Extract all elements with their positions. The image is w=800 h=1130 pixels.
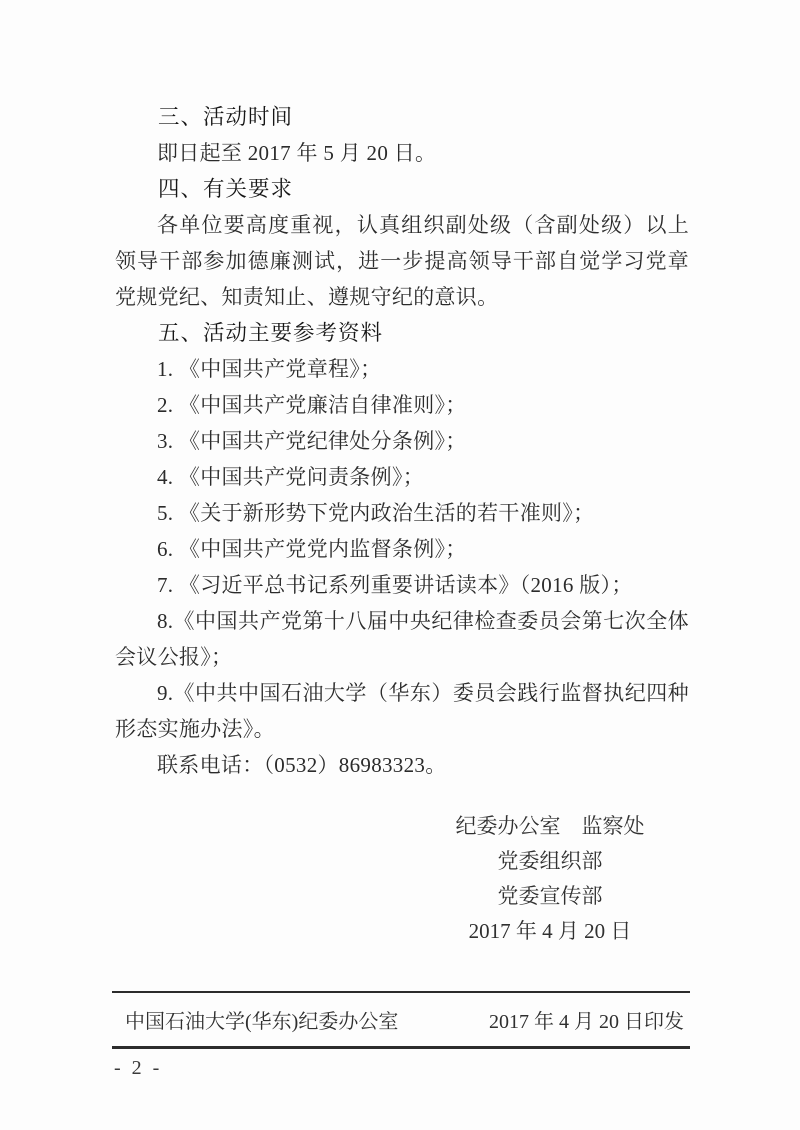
footer-issuer: 中国石油大学(华东)纪委办公室 <box>125 1004 398 1040</box>
reference-item-3: 3. 《中国共产党纪律处分条例》； <box>115 423 689 459</box>
reference-item-6: 6. 《中国共产党党内监督条例》； <box>115 531 689 567</box>
footer-rule-top <box>112 991 690 993</box>
document-body: 三、活动时间 即日起至 2017 年 5 月 20 日。 四、有关要求 各单位要… <box>115 99 689 783</box>
section-3-body: 即日起至 2017 年 5 月 20 日。 <box>115 135 689 171</box>
signature-date: 2017 年 4 月 20 日 <box>400 914 700 949</box>
reference-item-9: 9.《中共中国石油大学（华东）委员会践行监督执纪四种形态实施办法》。 <box>115 675 689 747</box>
contact-phone: 联系电话：（0532）86983323。 <box>115 747 689 783</box>
signature-line-organization-dept: 党委组织部 <box>400 844 700 879</box>
footer-print-date: 2017 年 4 月 20 日印发 <box>489 1004 684 1040</box>
signature-block: 纪委办公室 监察处 党委组织部 党委宣传部 2017 年 4 月 20 日 <box>400 809 700 949</box>
reference-item-8: 8.《中国共产党第十八届中央纪律检查委员会第七次全体会议公报》； <box>115 603 689 675</box>
section-3-heading: 三、活动时间 <box>115 99 689 135</box>
section-4-heading: 四、有关要求 <box>115 171 689 207</box>
footer-rule-bottom <box>112 1046 690 1049</box>
reference-item-5: 5. 《关于新形势下党内政治生活的若干准则》； <box>115 495 689 531</box>
signature-line-offices: 纪委办公室 监察处 <box>400 809 700 844</box>
reference-item-2: 2. 《中国共产党廉洁自律准则》； <box>115 387 689 423</box>
reference-item-4: 4. 《中国共产党问责条例》； <box>115 459 689 495</box>
reference-item-1: 1. 《中国共产党章程》； <box>115 351 689 387</box>
page-number: - 2 - <box>114 1051 162 1085</box>
document-page: 三、活动时间 即日起至 2017 年 5 月 20 日。 四、有关要求 各单位要… <box>0 0 800 1130</box>
section-5-heading: 五、活动主要参考资料 <box>115 315 689 351</box>
section-4-body: 各单位要高度重视，认真组织副处级（含副处级）以上领导干部参加德廉测试，进一步提高… <box>115 207 689 315</box>
footer-row: 中国石油大学(华东)纪委办公室 2017 年 4 月 20 日印发 <box>112 1004 690 1040</box>
reference-item-7: 7. 《习近平总书记系列重要讲话读本》（2016 版）； <box>115 567 689 603</box>
signature-line-publicity-dept: 党委宣传部 <box>400 879 700 914</box>
